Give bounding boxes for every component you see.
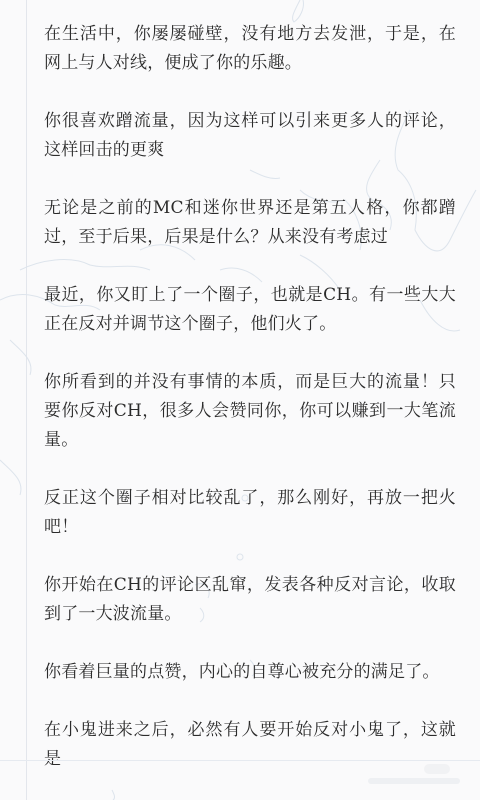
- document-body: 在生活中，你屡屡碰壁，没有地方去发泄，于是，在网上与人对线，便成了你的乐趣。 你…: [44, 20, 456, 800]
- paragraph: 无论是之前的MC和迷你世界还是第五人格，你都蹭过，至于后果，后果是什么？从来没有…: [44, 194, 456, 252]
- paragraph: 你很喜欢蹭流量，因为这样可以引来更多人的评论，这样回击的更爽: [44, 107, 456, 165]
- paragraph: 你所看到的并没有事情的本质，而是巨大的流量！只要你反对CH，很多人会赞同你，你可…: [44, 368, 456, 455]
- paragraph: 你看着巨量的点赞，内心的自尊心被充分的满足了。: [44, 658, 456, 687]
- paragraph: 你开始在CH的评论区乱窜，发表各种反对言论，收取到了一大波流量。: [44, 571, 456, 629]
- paragraph: 在小鬼进来之后，必然有人要开始反对小鬼了，这就是: [44, 716, 456, 774]
- paragraph: 最近，你又盯上了一个圈子，也就是CH。有一些大大正在反对并调节这个圈子，他们火了…: [44, 281, 456, 339]
- left-margin-rule: [26, 0, 27, 800]
- paragraph: 反正这个圈子相对比较乱了，那么刚好，再放一把火吧！: [44, 484, 456, 542]
- bottom-divider: [0, 760, 480, 761]
- paragraph: 在生活中，你屡屡碰壁，没有地方去发泄，于是，在网上与人对线，便成了你的乐趣。: [44, 20, 456, 78]
